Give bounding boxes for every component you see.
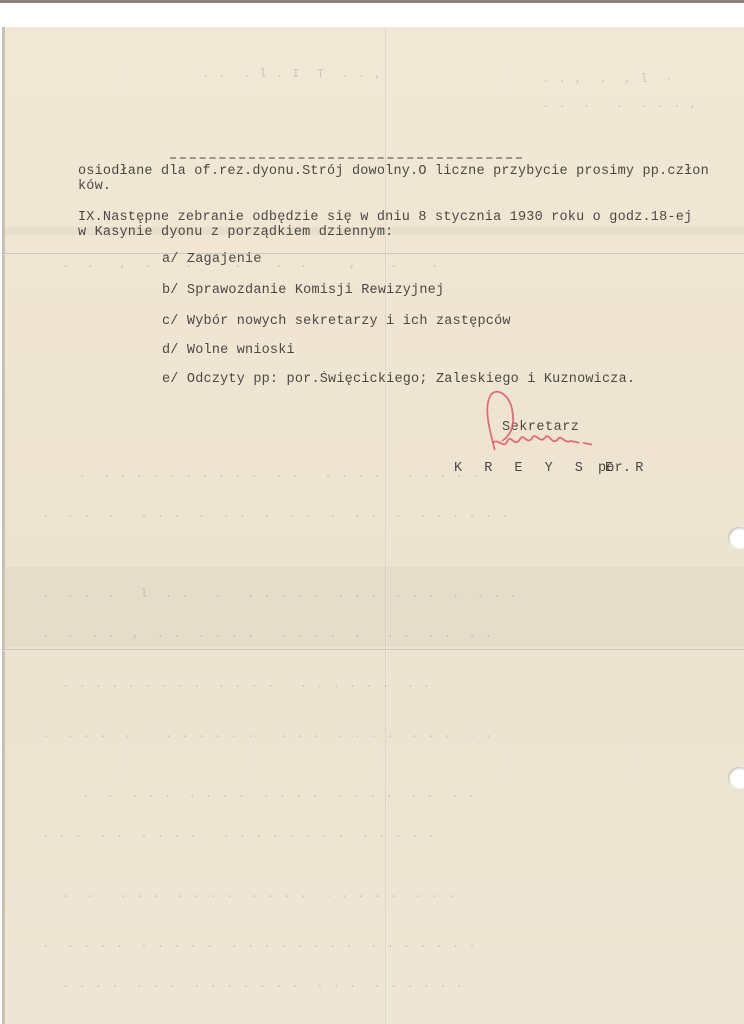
bleed-through-text: . . , . , l · [542, 72, 673, 86]
bleed-through-text: . . . . . . . , [542, 97, 698, 111]
signatory-rank: por. [598, 461, 631, 476]
bleed-through-text: . . . . , . . . . . . . . . . . . . . . … [42, 627, 493, 641]
bleed-through-text: . . . . . . . . . . . . . . . . . . . . … [42, 937, 477, 951]
agenda-marker: e/ [162, 372, 179, 387]
agenda-marker: d/ [162, 343, 179, 358]
bleed-through-text: . . . . . . . . . . . . . . . . . . . . … [62, 677, 431, 691]
agenda-text: Sprawozdanie Komisji Rewizyjnej [187, 283, 444, 298]
bleed-through-text: . . . . l . . . . . . . . . . . . . . . … [42, 587, 518, 601]
section-ix-line: w Kasynie dyonu z porządkiem dziennym: [78, 225, 393, 240]
punch-hole-lower [728, 767, 744, 789]
paragraph-line: osiodłane dla of.rez.dyonu.Strój dowolny… [78, 164, 709, 179]
agenda-text: Wybór nowych sekretarzy i ich zastępców [187, 314, 511, 329]
agenda-text: Wolne wnioski [187, 343, 295, 358]
paragraph-line: ków. [78, 179, 111, 194]
agenda-item: e/ Odczyty pp: por.Święcickiego; Zaleski… [162, 372, 635, 387]
agenda-marker: c/ [162, 314, 179, 329]
agenda-item: c/ Wybór nowych sekretarzy i ich zastępc… [162, 314, 511, 329]
agenda-text: Odczyty pp: por.Święcickiego; Zaleskiego… [187, 372, 635, 387]
agenda-text: Zagajenie [187, 252, 262, 267]
agenda-item: a/ Zagajenie [162, 252, 262, 267]
bleed-through-text: . . . . . . . . . . . . . . . . . . . . … [42, 507, 509, 521]
punch-hole-upper [728, 527, 744, 549]
agenda-item: d/ Wolne wnioski [162, 343, 295, 358]
bleed-through-text: . . . . . . . . . . . . . . . . . . . . … [42, 727, 493, 741]
scan-top-edge [0, 0, 744, 3]
bleed-through-text: . . . l . I T . . , [202, 67, 382, 81]
section-divider-rule [170, 157, 522, 159]
bleed-through-text: . . . . . . . . . . . . . . . . . . . . … [42, 827, 436, 841]
document-page: . . . l . I T . . , . . , . , l · . . . … [2, 27, 744, 1024]
bleed-through-text: . . . . . . . . . . . . . . . . . . . . … [62, 467, 480, 481]
agenda-marker: b/ [162, 283, 179, 298]
horizontal-fold-lower [2, 649, 744, 651]
section-ix-line: IX.Następne zebranie odbędzie się w dniu… [78, 210, 692, 225]
agenda-marker: a/ [162, 252, 179, 267]
bleed-through-text: . . . . . . . . . . . . . . . . . . . . … [62, 977, 464, 991]
bleed-through-text: . . . . . . . . . . . . . . . . . . . . … [62, 887, 456, 901]
bleed-through-text: . . . . . . . . . . . . . . . . . . . . … [82, 787, 476, 801]
horizontal-fold-upper [2, 253, 744, 255]
agenda-item: b/ Sprawozdanie Komisji Rewizyjnej [162, 283, 444, 298]
